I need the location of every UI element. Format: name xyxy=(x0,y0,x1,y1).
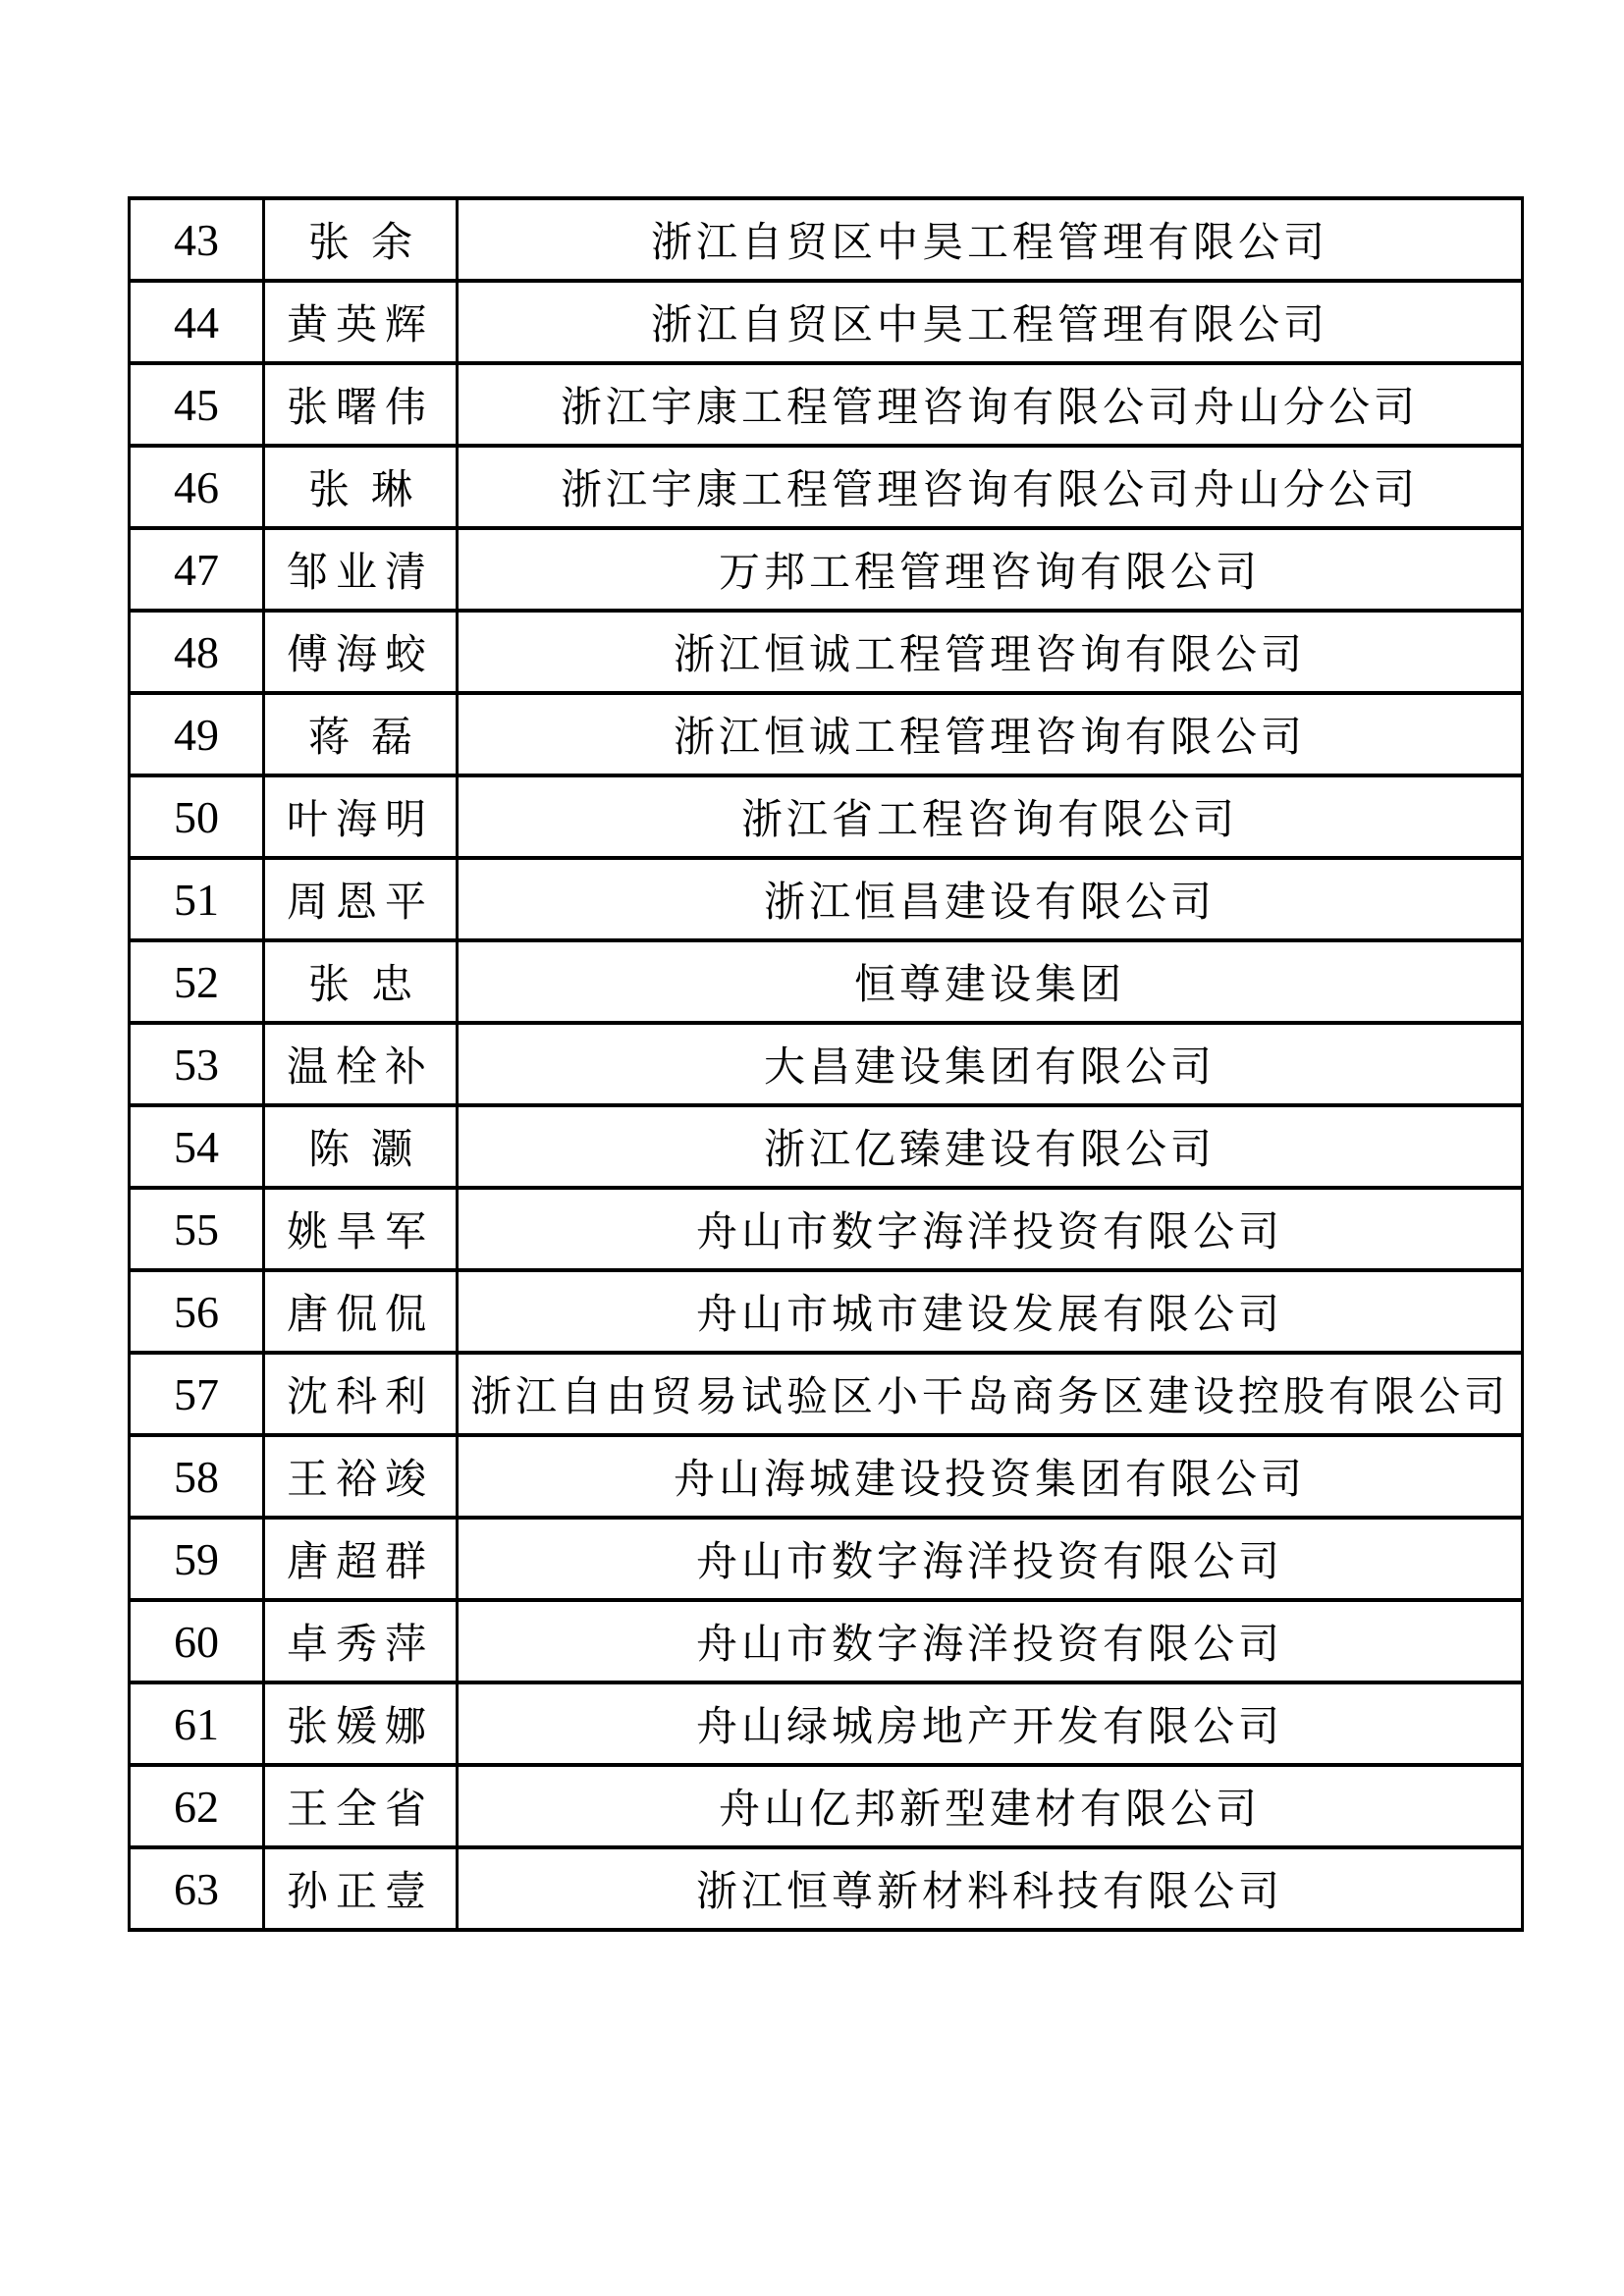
person-name-cell: 孙正壹 xyxy=(264,1847,458,1930)
table-row: 59 唐超群 舟山市数字海洋投资有限公司 xyxy=(130,1518,1523,1600)
row-number-cell: 46 xyxy=(130,446,264,528)
table-row: 60 卓秀萍 舟山市数字海洋投资有限公司 xyxy=(130,1600,1523,1682)
person-name-cell: 王全省 xyxy=(264,1765,458,1847)
person-name-cell: 王裕竣 xyxy=(264,1435,458,1518)
company-name-cell: 舟山市数字海洋投资有限公司 xyxy=(458,1518,1523,1600)
company-name-cell: 浙江省工程咨询有限公司 xyxy=(458,775,1523,858)
person-name-cell: 张媛娜 xyxy=(264,1682,458,1765)
company-name-cell: 浙江恒昌建设有限公司 xyxy=(458,858,1523,940)
table-row: 58 王裕竣 舟山海城建设投资集团有限公司 xyxy=(130,1435,1523,1518)
company-name-cell: 浙江恒尊新材料科技有限公司 xyxy=(458,1847,1523,1930)
company-name-cell: 舟山海城建设投资集团有限公司 xyxy=(458,1435,1523,1518)
company-name-cell: 恒尊建设集团 xyxy=(458,940,1523,1023)
document-page: 43 张余 浙江自贸区中昊工程管理有限公司 44 黄英辉 浙江自贸区中昊工程管理… xyxy=(0,0,1624,2296)
person-name-cell: 温栓补 xyxy=(264,1023,458,1105)
row-number-cell: 52 xyxy=(130,940,264,1023)
person-name-cell: 蒋磊 xyxy=(264,693,458,775)
table-row: 43 张余 浙江自贸区中昊工程管理有限公司 xyxy=(130,198,1523,281)
table-row: 44 黄英辉 浙江自贸区中昊工程管理有限公司 xyxy=(130,281,1523,363)
row-number-cell: 56 xyxy=(130,1270,264,1353)
company-name-cell: 大昌建设集团有限公司 xyxy=(458,1023,1523,1105)
table-row: 51 周恩平 浙江恒昌建设有限公司 xyxy=(130,858,1523,940)
company-name-cell: 舟山亿邦新型建材有限公司 xyxy=(458,1765,1523,1847)
company-name-cell: 浙江自由贸易试验区小干岛商务区建设控股有限公司 xyxy=(458,1353,1523,1435)
person-name-cell: 沈科利 xyxy=(264,1353,458,1435)
person-name-cell: 周恩平 xyxy=(264,858,458,940)
personnel-roster-table: 43 张余 浙江自贸区中昊工程管理有限公司 44 黄英辉 浙江自贸区中昊工程管理… xyxy=(128,196,1524,1932)
table-row: 55 姚旱军 舟山市数字海洋投资有限公司 xyxy=(130,1188,1523,1270)
table-row: 57 沈科利 浙江自由贸易试验区小干岛商务区建设控股有限公司 xyxy=(130,1353,1523,1435)
row-number-cell: 49 xyxy=(130,693,264,775)
table-row: 52 张忠 恒尊建设集团 xyxy=(130,940,1523,1023)
row-number-cell: 47 xyxy=(130,528,264,611)
company-name-cell: 舟山市城市建设发展有限公司 xyxy=(458,1270,1523,1353)
row-number-cell: 45 xyxy=(130,363,264,446)
table-row: 47 邹业清 万邦工程管理咨询有限公司 xyxy=(130,528,1523,611)
company-name-cell: 浙江恒诚工程管理咨询有限公司 xyxy=(458,693,1523,775)
person-name-cell: 傅海蛟 xyxy=(264,611,458,693)
person-name-cell: 张曙伟 xyxy=(264,363,458,446)
row-number-cell: 62 xyxy=(130,1765,264,1847)
person-name-cell: 邹业清 xyxy=(264,528,458,611)
row-number-cell: 44 xyxy=(130,281,264,363)
person-name-cell: 黄英辉 xyxy=(264,281,458,363)
roster-table-body: 43 张余 浙江自贸区中昊工程管理有限公司 44 黄英辉 浙江自贸区中昊工程管理… xyxy=(130,198,1523,1930)
person-name-cell: 张余 xyxy=(264,198,458,281)
company-name-cell: 浙江自贸区中昊工程管理有限公司 xyxy=(458,198,1523,281)
person-name-cell: 张琳 xyxy=(264,446,458,528)
table-row: 54 陈灏 浙江亿臻建设有限公司 xyxy=(130,1105,1523,1188)
person-name-cell: 姚旱军 xyxy=(264,1188,458,1270)
row-number-cell: 50 xyxy=(130,775,264,858)
company-name-cell: 浙江恒诚工程管理咨询有限公司 xyxy=(458,611,1523,693)
row-number-cell: 53 xyxy=(130,1023,264,1105)
person-name-cell: 唐侃侃 xyxy=(264,1270,458,1353)
table-row: 49 蒋磊 浙江恒诚工程管理咨询有限公司 xyxy=(130,693,1523,775)
row-number-cell: 43 xyxy=(130,198,264,281)
person-name-cell: 陈灏 xyxy=(264,1105,458,1188)
person-name-cell: 张忠 xyxy=(264,940,458,1023)
row-number-cell: 54 xyxy=(130,1105,264,1188)
table-row: 45 张曙伟 浙江宇康工程管理咨询有限公司舟山分公司 xyxy=(130,363,1523,446)
person-name-cell: 叶海明 xyxy=(264,775,458,858)
row-number-cell: 51 xyxy=(130,858,264,940)
person-name-cell: 卓秀萍 xyxy=(264,1600,458,1682)
company-name-cell: 浙江宇康工程管理咨询有限公司舟山分公司 xyxy=(458,446,1523,528)
company-name-cell: 舟山市数字海洋投资有限公司 xyxy=(458,1600,1523,1682)
company-name-cell: 舟山绿城房地产开发有限公司 xyxy=(458,1682,1523,1765)
table-row: 61 张媛娜 舟山绿城房地产开发有限公司 xyxy=(130,1682,1523,1765)
row-number-cell: 59 xyxy=(130,1518,264,1600)
row-number-cell: 55 xyxy=(130,1188,264,1270)
table-row: 53 温栓补 大昌建设集团有限公司 xyxy=(130,1023,1523,1105)
row-number-cell: 63 xyxy=(130,1847,264,1930)
table-row: 48 傅海蛟 浙江恒诚工程管理咨询有限公司 xyxy=(130,611,1523,693)
company-name-cell: 万邦工程管理咨询有限公司 xyxy=(458,528,1523,611)
table-row: 63 孙正壹 浙江恒尊新材料科技有限公司 xyxy=(130,1847,1523,1930)
row-number-cell: 48 xyxy=(130,611,264,693)
row-number-cell: 60 xyxy=(130,1600,264,1682)
company-name-cell: 浙江自贸区中昊工程管理有限公司 xyxy=(458,281,1523,363)
company-name-cell: 舟山市数字海洋投资有限公司 xyxy=(458,1188,1523,1270)
table-row: 62 王全省 舟山亿邦新型建材有限公司 xyxy=(130,1765,1523,1847)
table-row: 46 张琳 浙江宇康工程管理咨询有限公司舟山分公司 xyxy=(130,446,1523,528)
table-row: 50 叶海明 浙江省工程咨询有限公司 xyxy=(130,775,1523,858)
row-number-cell: 58 xyxy=(130,1435,264,1518)
company-name-cell: 浙江亿臻建设有限公司 xyxy=(458,1105,1523,1188)
table-row: 56 唐侃侃 舟山市城市建设发展有限公司 xyxy=(130,1270,1523,1353)
row-number-cell: 61 xyxy=(130,1682,264,1765)
person-name-cell: 唐超群 xyxy=(264,1518,458,1600)
row-number-cell: 57 xyxy=(130,1353,264,1435)
company-name-cell: 浙江宇康工程管理咨询有限公司舟山分公司 xyxy=(458,363,1523,446)
